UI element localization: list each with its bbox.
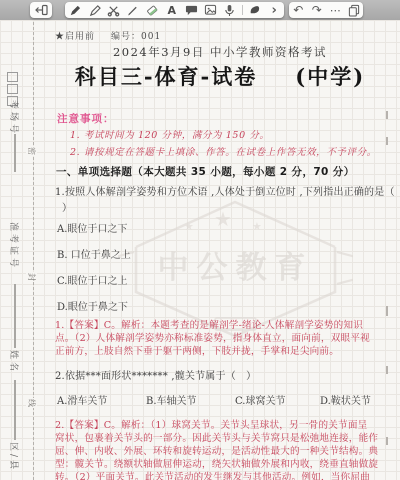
- q1-option-b: B. 口位于鼻之上: [57, 246, 131, 261]
- sidebar-collapse-icon: [34, 3, 49, 18]
- eraser-icon[interactable]: [145, 3, 160, 18]
- page-edge-mark: [386, 366, 388, 374]
- page-edge-mark: [386, 137, 388, 145]
- pre-use-header: ★启用前编号：001: [55, 29, 161, 42]
- score-box-2: [7, 84, 18, 94]
- q1-answer-line: 正前方，上肢自然下垂于躯干两侧，下肢并拢，手掌和足尖向前。: [55, 343, 339, 357]
- margin-label-exam-room: 考场号: [8, 100, 21, 136]
- highlighter-icon[interactable]: [247, 3, 262, 18]
- more-options-icon[interactable]: ⋯: [328, 3, 343, 18]
- text-tool-icon[interactable]: A: [164, 3, 179, 18]
- notice-item-1: 1. 考试时间为 120 分钟，满分为 150 分。: [70, 127, 270, 141]
- image-icon[interactable]: [203, 3, 218, 18]
- notice-heading: 注意事项：: [57, 111, 115, 126]
- paper-number: 编号：001: [111, 32, 161, 42]
- q2-answer-line: 2.【答案】C。解析：（1）球窝关节。关节头呈球状，另一骨的关节面呈: [55, 417, 367, 431]
- notice-item-2: 2. 请按规定在答题卡上填涂、作答。在试卷上作答无效，不予评分。: [70, 144, 377, 158]
- pencil-icon[interactable]: [87, 3, 102, 18]
- q1-option-d: D.眼位于鼻之下: [57, 298, 128, 313]
- history-toolbar: ↶ ↷ ⋯: [289, 2, 363, 18]
- exam-name-line: 2024年3月9日 中小学教师资格考试: [45, 44, 395, 60]
- pages-icon[interactable]: [346, 3, 361, 18]
- q1-answer-line: 点。（2）人体解剖学姿势亦称标准姿势，指身体直立，面向前，双眼平视: [55, 330, 370, 344]
- page-edge-mark: [386, 437, 388, 445]
- scissors-icon[interactable]: [106, 3, 121, 18]
- score-box-1: [7, 72, 18, 82]
- seal-char-mi: 密: [26, 146, 37, 156]
- pre-use-label: ★启用前: [55, 32, 95, 42]
- comment-icon[interactable]: [184, 3, 199, 18]
- undo-icon[interactable]: ↶: [291, 3, 306, 18]
- margin-blank-line-1: [14, 134, 16, 172]
- paper-title-main: 科目三-体育-试卷: [75, 64, 257, 89]
- section-heading: 一、单项选择题（本大题共 35 小题，每小题 2 分，70 分）: [56, 164, 355, 179]
- q2-option-d: D.鞍状关节: [320, 392, 371, 407]
- q2-option-c: C.球窝关节: [235, 392, 285, 407]
- margin-blank-line-3: [14, 380, 16, 440]
- question-1-line-1: 1.按照人体解剖学姿势和方位术语 ,人体处于倒立位时 ,下列指出正确的是（: [55, 183, 395, 198]
- margin-blank-line-2: [14, 284, 16, 348]
- fineliner-icon[interactable]: [125, 3, 140, 18]
- seal-char-feng: 封: [26, 272, 37, 282]
- pen-icon[interactable]: [67, 3, 82, 18]
- q1-option-c: C.眼位于口之上: [57, 272, 127, 287]
- margin-label-name: 姓名: [8, 350, 21, 374]
- q1-answer-line: 1.【答案】C。解析：本题考查的是解剖学-绪论-人体解剖学姿势的知识: [55, 317, 363, 331]
- microphone-icon[interactable]: [222, 3, 237, 18]
- q1-option-a: A.眼位于口之下: [57, 220, 127, 235]
- question-2-text: 2.依据***面形状******* ,髋关节属于（ ）: [55, 367, 256, 382]
- redo-icon[interactable]: ↷: [309, 3, 324, 18]
- seal-char-xian: 线: [26, 398, 37, 408]
- top-toolbar: A › ↶ ↷ ⋯: [0, 0, 400, 20]
- paper-title: 科目三-体育-试卷(中学): [45, 61, 395, 91]
- more-tools-chevron-icon[interactable]: ›: [267, 3, 282, 18]
- toolbar-divider: [242, 5, 243, 15]
- q2-answer-line: 转。（2）平面关节。此关节活动的发生继发与其他活动。例如，当你屈曲: [55, 469, 370, 480]
- margin-label-district: 区/县: [8, 442, 21, 472]
- margin-label-admission-no: 准考证号: [8, 222, 21, 270]
- q2-option-b: B.车轴关节: [146, 392, 197, 407]
- paper-title-level: (中学): [295, 64, 365, 89]
- question-1-line-2: ）: [62, 199, 72, 214]
- q2-option-a: A.滑车关节: [57, 392, 107, 407]
- tools-toolbar: A ›: [65, 2, 284, 18]
- page-edge-mark: [386, 306, 388, 316]
- q2-answer-line: 窝状，包裹着关节头的一部分。因此关节头与关节窝只是松弛地连接，能作: [55, 430, 378, 444]
- seal-line: [33, 22, 34, 480]
- q2-answer-line: 型：髋关节。绕额状轴做屈伸运动，绕矢状轴做外展和内收，绕垂直轴做旋: [55, 456, 378, 470]
- page-edge-mark: [386, 111, 388, 119]
- sidebar-collapse-button[interactable]: [30, 2, 52, 18]
- q2-answer-line: 屈、伸、内收、外展、环转和旋转运动，是活动性最大的一种关节结构。典: [55, 443, 378, 457]
